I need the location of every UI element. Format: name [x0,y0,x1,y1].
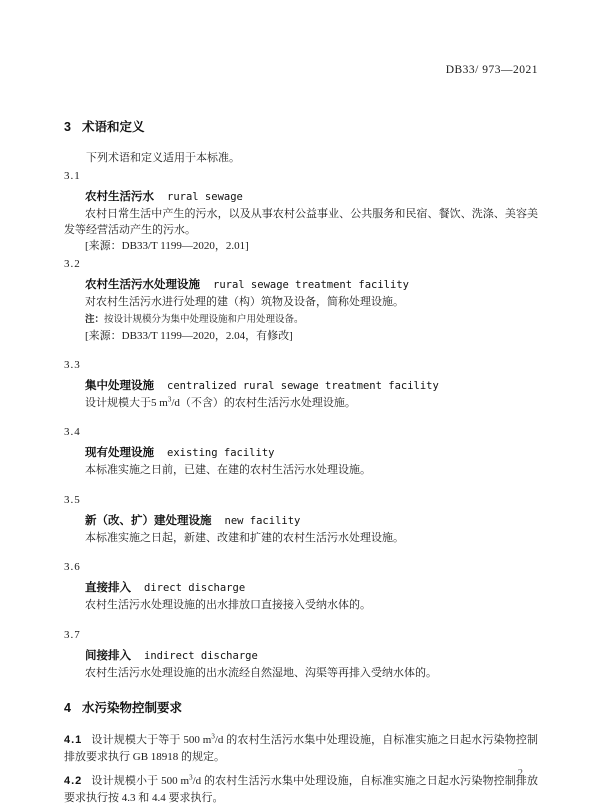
term-definition: 农村生活污水处理设施的出水流经自然湿地、沟渠等再排入受纳水体的。 [64,666,538,682]
clause-text: 设计规模大于等于 500 m [91,734,211,746]
chapter3-title: 术语和定义 [82,120,145,134]
definition-text: 农村生活污水处理设施的出水流经自然湿地、沟渠等再排入受纳水体的。 [85,667,437,679]
term-number: 3.7 [64,628,538,643]
definition-text: 设计规模大于5 m [85,397,168,409]
chapter4-number: 4 [64,701,71,715]
term-line: 直接排入direct discharge [64,579,538,596]
document-page: DB33/ 973—2021 3术语和定义 下列术语和定义适用于本标准。 3.1… [0,0,591,811]
doc-code: DB33/ 973—2021 [446,64,538,76]
term-3-2: 3.2 农村生活污水处理设施rural sewage treatment fac… [64,257,538,344]
term-name-zh: 新（改、扩）建处理设施 [85,515,212,527]
terms-intro: 下列术语和定义适用于本标准。 [64,151,538,166]
term-definition: 本标准实施之日起，新建、改建和扩建的农村生活污水处理设施。 [64,531,538,547]
term-line: 新（改、扩）建处理设施new facility [64,512,538,529]
clause-4-1: 4.1设计规模大于等于 500 m3/d 的农村生活污水集中处理设施，自标准实施… [64,732,538,766]
term-definition: 农村日常生活中产生的污水，以及从事农村公益事业、公共服务和民宿、餐饮、洗涤、美容… [64,207,538,238]
clause-text: 设计规模小于 500 m [91,775,189,787]
term-name-zh: 农村生活污水处理设施 [85,279,200,291]
chapter4-title: 水污染物控制要求 [82,701,182,715]
definition-text-post: /d（不含）的农村生活污水处理设施。 [171,397,356,409]
term-name-en: rural sewage treatment facility [213,279,409,291]
term-name-zh: 农村生活污水 [85,191,154,203]
note-label: 注： [85,314,104,325]
term-3-7: 3.7 间接排入indirect discharge 农村生活污水处理设施的出水… [64,628,538,682]
chapter3-heading: 3术语和定义 [64,120,538,135]
term-number: 3.1 [64,169,538,184]
term-3-6: 3.6 直接排入direct discharge 农村生活污水处理设施的出水排放… [64,560,538,614]
term-name-en: centralized rural sewage treatment facil… [167,380,439,392]
term-3-1: 3.1 农村生活污水rural sewage 农村日常生活中产生的污水，以及从事… [64,169,538,254]
term-name-en: new facility [225,515,301,527]
term-definition: 本标准实施之日前，已建、在建的农村生活污水处理设施。 [64,463,538,479]
term-name-en: direct discharge [144,582,245,594]
term-name-zh: 直接排入 [85,582,131,594]
term-3-3: 3.3 集中处理设施centralized rural sewage treat… [64,358,538,412]
term-number: 3.3 [64,358,538,373]
term-definition: 设计规模大于5 m3/d（不含）的农村生活污水处理设施。 [64,396,538,412]
definition-text: 农村日常生活中产生的污水，以及从事农村公益事业、公共服务和民宿、餐饮、洗涤、美容… [64,208,538,236]
page-content: 3术语和定义 下列术语和定义适用于本标准。 3.1 农村生活污水rural se… [64,120,538,807]
clause-number: 4.2 [64,775,82,787]
term-name-zh: 集中处理设施 [85,380,154,392]
term-name-en: rural sewage [167,191,243,203]
term-note: 注：按设计规模分为集中处理设施和户用处理设备。 [64,312,538,328]
definition-text: 本标准实施之日起，新建、改建和扩建的农村生活污水处理设施。 [85,532,404,544]
term-name-zh: 间接排入 [85,650,131,662]
term-line: 农村生活污水rural sewage [64,188,538,205]
term-name-en: indirect discharge [144,650,258,662]
term-number: 3.4 [64,425,538,440]
chapter4-heading: 4水污染物控制要求 [64,701,538,716]
chapter3-number: 3 [64,120,71,134]
term-definition: 对农村生活污水进行处理的建（构）筑物及设备，简称处理设施。 [64,295,538,311]
term-3-5: 3.5 新（改、扩）建处理设施new facility 本标准实施之日起，新建、… [64,493,538,547]
page-number: 2 [518,768,523,779]
definition-text: 对农村生活污水进行处理的建（构）筑物及设备，简称处理设施。 [85,296,404,308]
term-line: 农村生活污水处理设施rural sewage treatment facilit… [64,276,538,293]
clause-number: 4.1 [64,734,82,746]
term-number: 3.5 [64,493,538,508]
term-line: 现有处理设施existing facility [64,444,538,461]
term-definition: 农村生活污水处理设施的出水排放口直接接入受纳水体的。 [64,598,538,614]
term-number: 3.2 [64,257,538,272]
term-source: [来源：DB33/T 1199—2020，2.04，有修改] [64,329,538,344]
definition-text: 农村生活污水处理设施的出水排放口直接接入受纳水体的。 [85,599,371,611]
term-number: 3.6 [64,560,538,575]
term-line: 集中处理设施centralized rural sewage treatment… [64,377,538,394]
clause-4-2: 4.2设计规模小于 500 m3/d 的农村生活污水集中处理设施，自标准实施之日… [64,773,538,807]
term-name-zh: 现有处理设施 [85,447,154,459]
term-line: 间接排入indirect discharge [64,647,538,664]
term-3-4: 3.4 现有处理设施existing facility 本标准实施之日前，已建、… [64,425,538,479]
note-text: 按设计规模分为集中处理设施和户用处理设备。 [104,315,304,325]
definition-text: 本标准实施之日前，已建、在建的农村生活污水处理设施。 [85,464,371,476]
term-source: [来源：DB33/T 1199—2020，2.01] [64,239,538,254]
term-name-en: existing facility [167,447,274,459]
